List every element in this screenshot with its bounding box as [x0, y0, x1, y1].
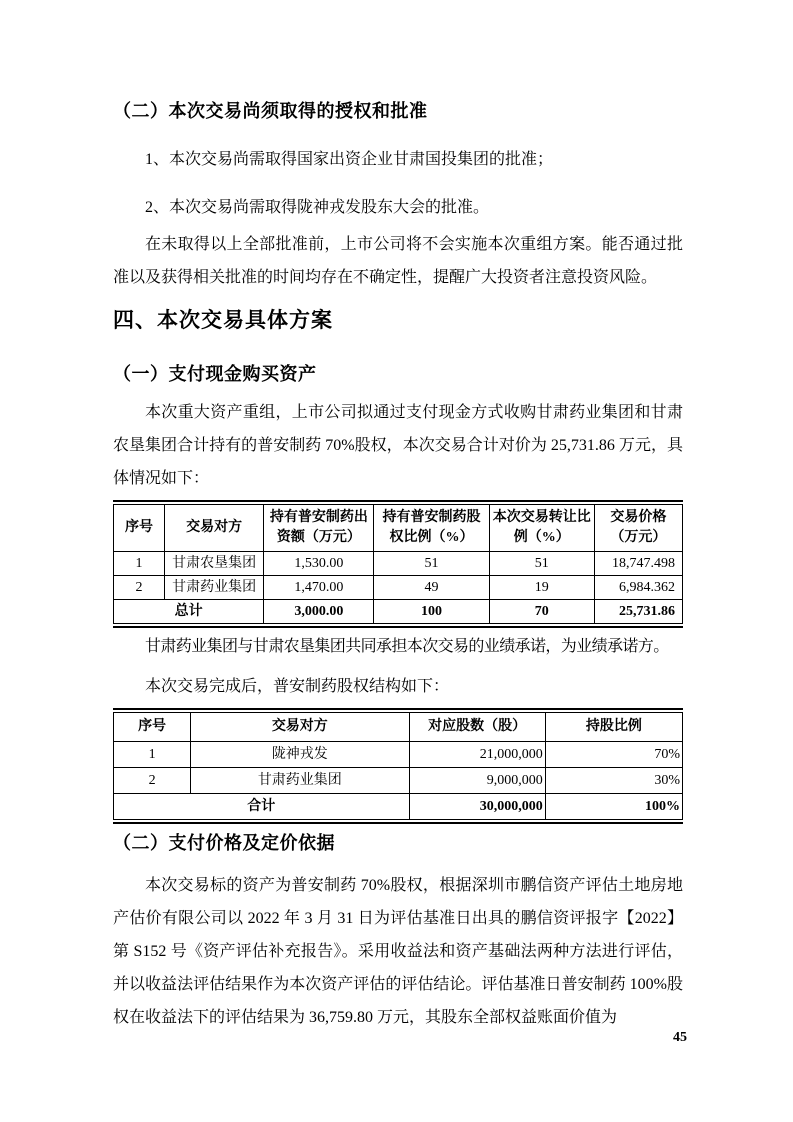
table-cell: 18,747.498 — [594, 552, 682, 576]
table-cell: 70% — [545, 742, 682, 768]
equity-purchase-table-wrap: 序号 交易对方 持有普安制药出资额（万元） 持有普安制药股权比例（%） 本次交易… — [113, 500, 683, 628]
table-cell: 甘肃药业集团 — [165, 576, 264, 600]
table-row: 1 陇神戎发 21,000,000 70% — [114, 742, 683, 768]
page-number: 45 — [673, 1030, 687, 1046]
header-cell: 序号 — [114, 505, 165, 552]
total-cell: 25,731.86 — [594, 600, 682, 624]
authorization-risk-paragraph: 在未取得以上全部批准前，上市公司将不会实施本次重组方案。能否通过批准以及获得相关… — [113, 228, 683, 294]
shareholding-table: 序号 交易对方 对应股数（股） 持股比例 1 陇神戎发 21,000,000 7… — [113, 712, 683, 820]
post-transaction-note: 本次交易完成后，普安制药股权结构如下： — [113, 677, 715, 697]
table-total-row: 总计 3,000.00 100 70 25,731.86 — [114, 600, 683, 624]
table-header-row: 序号 交易对方 对应股数（股） 持股比例 — [114, 713, 683, 742]
section-heading-plan: 四、本次交易具体方案 — [113, 308, 683, 334]
subsection-heading-cash-purchase: （一）支付现金购买资产 — [113, 362, 683, 386]
authorization-list-item-2: 2、本次交易尚需取得陇神戎发股东大会的批准。 — [113, 198, 715, 218]
total-cell: 100% — [545, 794, 682, 820]
table-cell: 1 — [114, 742, 191, 768]
header-cell: 交易价格（万元） — [594, 505, 682, 552]
table-cell: 1,530.00 — [264, 552, 374, 576]
table-cell: 30% — [545, 768, 682, 794]
pricing-basis-paragraph: 本次交易标的资产为普安制药 70%股权，根据深圳市鹏信资产评估土地房地产估价有限… — [113, 869, 683, 1034]
table-row: 1 甘肃农垦集团 1,530.00 51 51 18,747.498 — [114, 552, 683, 576]
table-header-row: 序号 交易对方 持有普安制药出资额（万元） 持有普安制药股权比例（%） 本次交易… — [114, 505, 683, 552]
header-cell: 持股比例 — [545, 713, 682, 742]
header-cell: 交易对方 — [165, 505, 264, 552]
table-row: 2 甘肃药业集团 9,000,000 30% — [114, 768, 683, 794]
performance-commitment-note: 甘肃药业集团与甘肃农垦集团共同承担本次交易的业绩承诺，为业绩承诺方。 — [113, 637, 715, 657]
header-cell: 本次交易转让比例（%） — [489, 505, 594, 552]
table-cell: 6,984.362 — [594, 576, 682, 600]
equity-purchase-table: 序号 交易对方 持有普安制药出资额（万元） 持有普安制药股权比例（%） 本次交易… — [113, 504, 683, 624]
header-cell: 对应股数（股） — [409, 713, 545, 742]
total-cell: 3,000.00 — [264, 600, 374, 624]
section-heading-authorization: （二）本次交易尚须取得的授权和批准 — [113, 99, 683, 123]
table-cell: 1,470.00 — [264, 576, 374, 600]
table-cell: 51 — [489, 552, 594, 576]
header-cell: 持有普安制药出资额（万元） — [264, 505, 374, 552]
header-cell: 持有普安制药股权比例（%） — [374, 505, 489, 552]
document-page: （二）本次交易尚须取得的授权和批准 1、本次交易尚需取得国家出资企业甘肃国投集团… — [0, 0, 793, 1122]
table-cell: 21,000,000 — [409, 742, 545, 768]
table-cell: 1 — [114, 552, 165, 576]
table-cell: 甘肃农垦集团 — [165, 552, 264, 576]
total-label-cell: 总计 — [114, 600, 264, 624]
shareholding-table-wrap: 序号 交易对方 对应股数（股） 持股比例 1 陇神戎发 21,000,000 7… — [113, 708, 683, 824]
table-cell: 2 — [114, 768, 191, 794]
table-cell: 2 — [114, 576, 165, 600]
header-cell: 交易对方 — [191, 713, 409, 742]
table-cell: 19 — [489, 576, 594, 600]
subsection-heading-pricing-basis: （二）支付价格及定价依据 — [113, 831, 683, 855]
table-cell: 49 — [374, 576, 489, 600]
table-total-row: 合计 30,000,000 100% — [114, 794, 683, 820]
table-cell: 陇神戎发 — [191, 742, 409, 768]
total-cell: 70 — [489, 600, 594, 624]
authorization-list-item-1: 1、本次交易尚需取得国家出资企业甘肃国投集团的批准； — [113, 150, 715, 170]
table-cell: 9,000,000 — [409, 768, 545, 794]
table-cell: 51 — [374, 552, 489, 576]
header-cell: 序号 — [114, 713, 191, 742]
total-cell: 30,000,000 — [409, 794, 545, 820]
table-row: 2 甘肃药业集团 1,470.00 49 19 6,984.362 — [114, 576, 683, 600]
total-label-cell: 合计 — [114, 794, 410, 820]
total-cell: 100 — [374, 600, 489, 624]
cash-purchase-intro-paragraph: 本次重大资产重组，上市公司拟通过支付现金方式收购甘肃药业集团和甘肃农垦集团合计持… — [113, 396, 683, 495]
table-cell: 甘肃药业集团 — [191, 768, 409, 794]
